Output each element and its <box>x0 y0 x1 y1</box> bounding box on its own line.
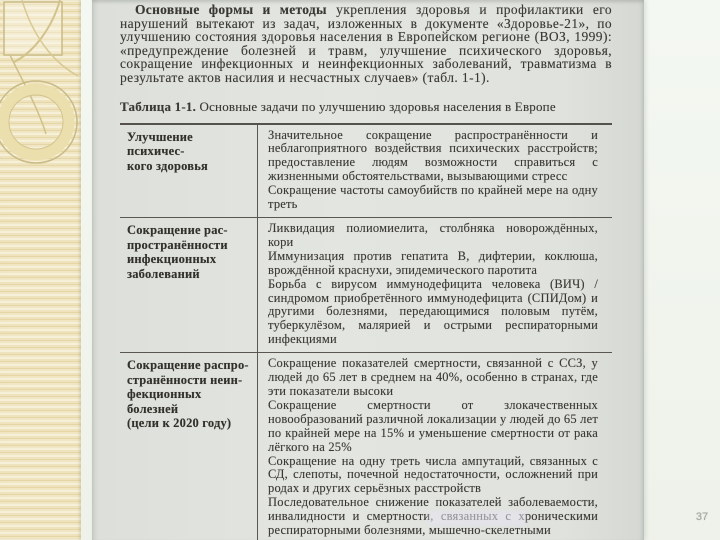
task-category-label: Сокращение распро- странённости неин- фе… <box>127 358 249 431</box>
table-row: Улучшение психичес- кого здоровья Значит… <box>120 125 612 217</box>
task-detail-item: Сокращение частоты самоубийств по крайне… <box>268 184 598 212</box>
sidebar-ornament <box>0 0 81 540</box>
task-detail-item: Сокращение на одну треть числа ампутаций… <box>268 455 598 497</box>
table-caption-text: Основные задачи по улучшению здоровья на… <box>196 99 556 114</box>
task-detail-item: Сокращение смертности от злокачественных… <box>268 399 598 455</box>
table-row: Сокращение рас- пространённости инфекцио… <box>120 217 612 352</box>
task-category-cell: Сокращение распро- странённости неин- фе… <box>120 353 258 540</box>
task-detail-item: Последовательное снижение показателей за… <box>268 496 598 538</box>
task-detail-item: Иммунизация против гепатита В, дифтерии,… <box>268 250 598 278</box>
ring-ornament-band <box>3 89 69 155</box>
task-detail-item: Сокращение показателей смертности, связа… <box>268 357 598 399</box>
task-category-cell: Улучшение психичес- кого здоровья <box>120 125 258 217</box>
decorative-sidebar <box>0 0 81 540</box>
task-details-cell: Сокращение показателей смертности, связа… <box>258 353 612 540</box>
task-category-cell: Сокращение рас- пространённости инфекцио… <box>120 218 258 352</box>
task-category-label: Улучшение психичес- кого здоровья <box>127 130 249 174</box>
task-details-cell: Значительное сокращение распространённос… <box>258 125 612 217</box>
task-detail-item: Ликвидация полиомиелита, столбняка новор… <box>268 222 598 250</box>
table-caption-number: Таблица 1-1. <box>120 99 196 114</box>
slide-background: Основные формы и методы укрепления здоро… <box>0 0 720 540</box>
intro-paragraph: Основные формы и методы укрепления здоро… <box>120 3 612 85</box>
task-detail-item: Значительное сокращение распространённос… <box>268 129 598 185</box>
task-details-cell: Ликвидация полиомиелита, столбняка новор… <box>258 218 612 352</box>
task-detail-item: Борьба с вирусом иммунодефицита человека… <box>268 278 598 348</box>
scanned-page: Основные формы и методы укрепления здоро… <box>92 0 644 540</box>
page-number: 37 <box>690 511 714 523</box>
table-caption: Таблица 1-1. Основные задачи по улучшени… <box>120 100 612 114</box>
tasks-table: Улучшение психичес- кого здоровья Значит… <box>120 123 612 540</box>
table-row: Сокращение распро- странённости неин- фе… <box>120 352 612 540</box>
ring-ornament-inner <box>9 95 63 149</box>
task-category-label: Сокращение рас- пространённости инфекцио… <box>127 223 249 281</box>
scanned-page-content: Основные формы и методы укрепления здоро… <box>92 0 644 540</box>
